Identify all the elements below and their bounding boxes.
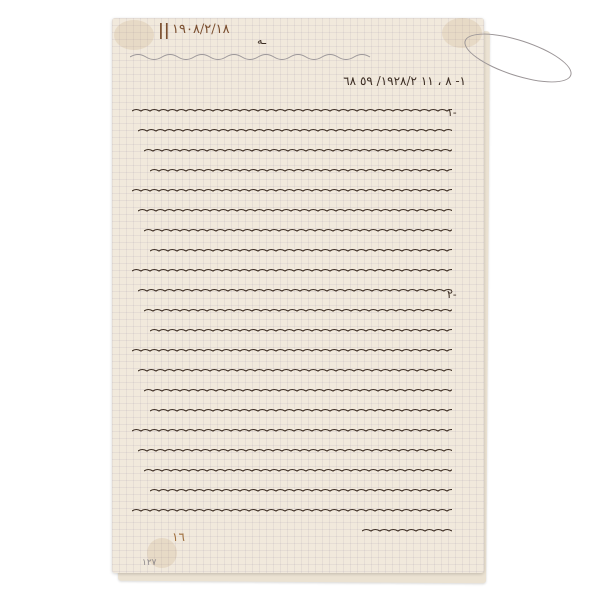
handwriting-line <box>150 486 452 494</box>
handwriting-line <box>132 346 452 354</box>
handwriting-line <box>362 526 452 534</box>
handwriting-line <box>132 506 452 514</box>
handwriting-line <box>144 146 452 154</box>
handwriting-line <box>138 126 452 134</box>
pencil-oval <box>459 24 577 93</box>
handwriting-line <box>144 386 452 394</box>
pencil-heading-line <box>130 46 380 56</box>
handwriting-line <box>138 446 452 454</box>
handwriting-line <box>150 326 452 334</box>
handwriting-line <box>132 106 452 114</box>
corner-mark: ١٦ <box>172 530 185 544</box>
handwriting-line <box>138 286 452 294</box>
handwriting-line <box>132 186 452 194</box>
handwriting-line <box>144 226 452 234</box>
section-marker-2: ٢- <box>447 288 457 301</box>
handwriting-line <box>138 366 452 374</box>
manuscript-page: || ١٩٠٨/٢/١٨ ـه ١- ٨ ، ١١ ١٩٢٨/٢/ ٥٩ ٦٨ … <box>112 18 484 573</box>
tick-marks: || <box>158 20 170 39</box>
handwriting-line <box>144 466 452 474</box>
handwriting-line <box>138 206 452 214</box>
bottom-pencil-mark: ١٢٧ <box>142 558 157 568</box>
handwriting-line <box>132 266 452 274</box>
handwriting-line <box>150 246 452 254</box>
handwriting-line <box>132 426 452 434</box>
handwriting-line <box>150 406 452 414</box>
section-marker-1: ١- <box>447 106 457 119</box>
numbered-line: ١- ٨ ، ١١ ١٩٢٨/٢/ ٥٩ ٦٨ <box>126 74 466 88</box>
date-mark: ١٩٠٨/٢/١٨ <box>172 22 230 37</box>
handwriting-line <box>150 166 452 174</box>
handwriting-line <box>144 306 452 314</box>
